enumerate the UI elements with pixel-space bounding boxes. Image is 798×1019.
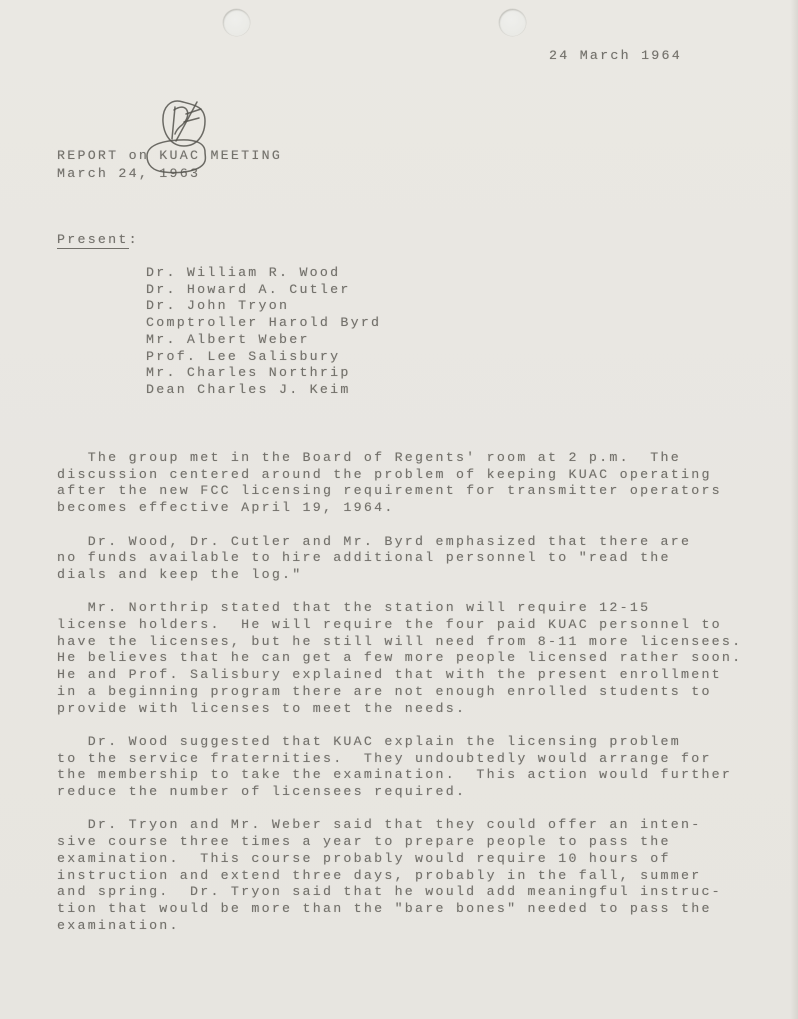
attendee: Dr. John Tryon bbox=[146, 298, 381, 315]
attendee: Mr. Albert Weber bbox=[146, 332, 381, 349]
paragraph: Dr. Tryon and Mr. Weber said that they c… bbox=[57, 817, 767, 934]
paragraph: Dr. Wood, Dr. Cutler and Mr. Byrd emphas… bbox=[57, 534, 767, 584]
punch-hole-left bbox=[223, 9, 250, 36]
paper-right-edge bbox=[790, 0, 798, 1019]
paragraph: Dr. Wood suggested that KUAC explain the… bbox=[57, 734, 767, 801]
attendee: Mr. Charles Northrip bbox=[146, 365, 381, 382]
present-heading-label: Present bbox=[57, 232, 129, 249]
attendee: Comptroller Harold Byrd bbox=[146, 315, 381, 332]
df-initials bbox=[172, 102, 201, 141]
paragraph: Mr. Northrip stated that the station wil… bbox=[57, 600, 767, 717]
punch-hole-right bbox=[499, 9, 526, 36]
date-line: 24 March 1964 bbox=[549, 48, 682, 65]
attendee: Prof. Lee Salisbury bbox=[146, 349, 381, 366]
attendee: Dr. Howard A. Cutler bbox=[146, 282, 381, 299]
document-page: 24 March 1964 REPORT on KUAC MEETING Mar… bbox=[0, 0, 798, 1019]
present-heading-colon: : bbox=[129, 232, 139, 247]
paragraph: The group met in the Board of Regents' r… bbox=[57, 450, 767, 517]
attendee: Dr. William R. Wood bbox=[146, 265, 381, 282]
attendee: Dean Charles J. Keim bbox=[146, 382, 381, 399]
handwritten-circle-annotation bbox=[130, 88, 225, 183]
present-heading: Present: bbox=[57, 232, 139, 249]
report-body: The group met in the Board of Regents' r… bbox=[57, 450, 767, 951]
attendee-list: Dr. William R. WoodDr. Howard A. CutlerD… bbox=[146, 265, 381, 399]
